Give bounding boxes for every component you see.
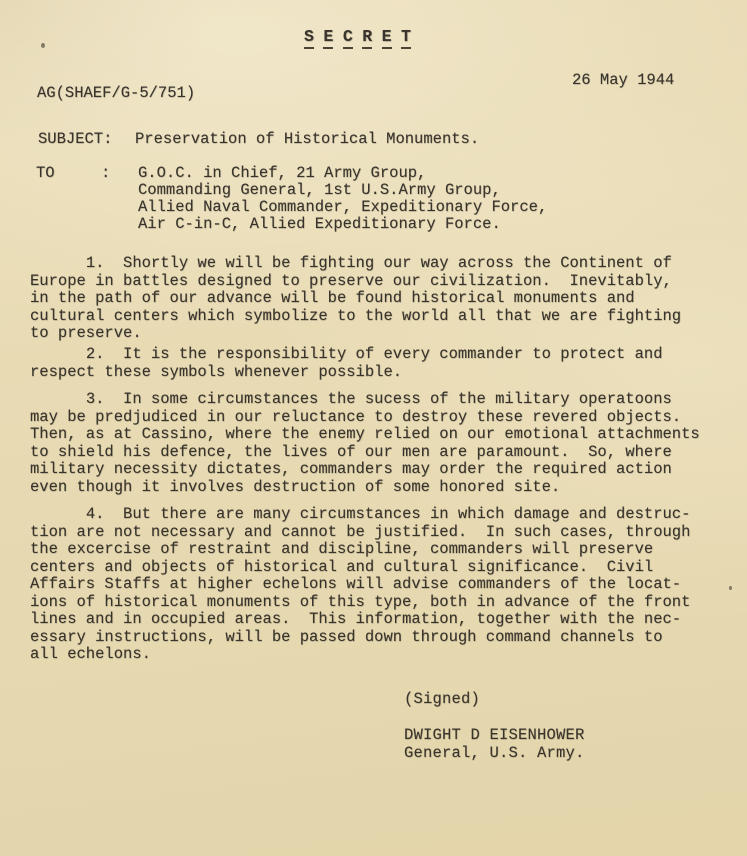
signature-title: General, U.S. Army.: [404, 745, 585, 763]
classification-letter: R: [362, 27, 372, 49]
document-date: 26 May 1944: [572, 72, 674, 90]
paper-speck: [41, 43, 45, 48]
body-paragraph-4: 4. But there are many circumstances in w…: [30, 506, 690, 664]
classification-letter: S: [304, 27, 314, 49]
classification-letter: T: [401, 27, 411, 49]
body-paragraph-2: 2. It is the responsibility of every com…: [30, 346, 663, 381]
to-recipients: G.O.C. in Chief, 21 Army Group, Commandi…: [138, 165, 547, 233]
signature-signed-note: (Signed): [404, 691, 480, 709]
to-separator: :: [101, 165, 110, 182]
classification-letter: E: [382, 27, 392, 49]
subject-label: SUBJECT:: [38, 131, 112, 149]
subject-text: Preservation of Historical Monuments.: [135, 131, 479, 149]
body-paragraph-3: 3. In some circumstances the sucess of t…: [30, 391, 700, 496]
body-paragraph-1: 1. Shortly we will be fighting our way a…: [30, 255, 681, 343]
signature-name: DWIGHT D EISENHOWER: [404, 727, 585, 745]
paper-speck: [729, 586, 732, 590]
document-page: SECRET 26 May 1944 AG(SHAEF/G-5/751) SUB…: [0, 0, 747, 856]
classification-banner: SECRET: [304, 27, 420, 49]
reference-number: AG(SHAEF/G-5/751): [37, 85, 195, 103]
to-label: TO: [36, 165, 55, 182]
classification-letter: C: [343, 27, 353, 49]
classification-letter: E: [323, 27, 333, 49]
